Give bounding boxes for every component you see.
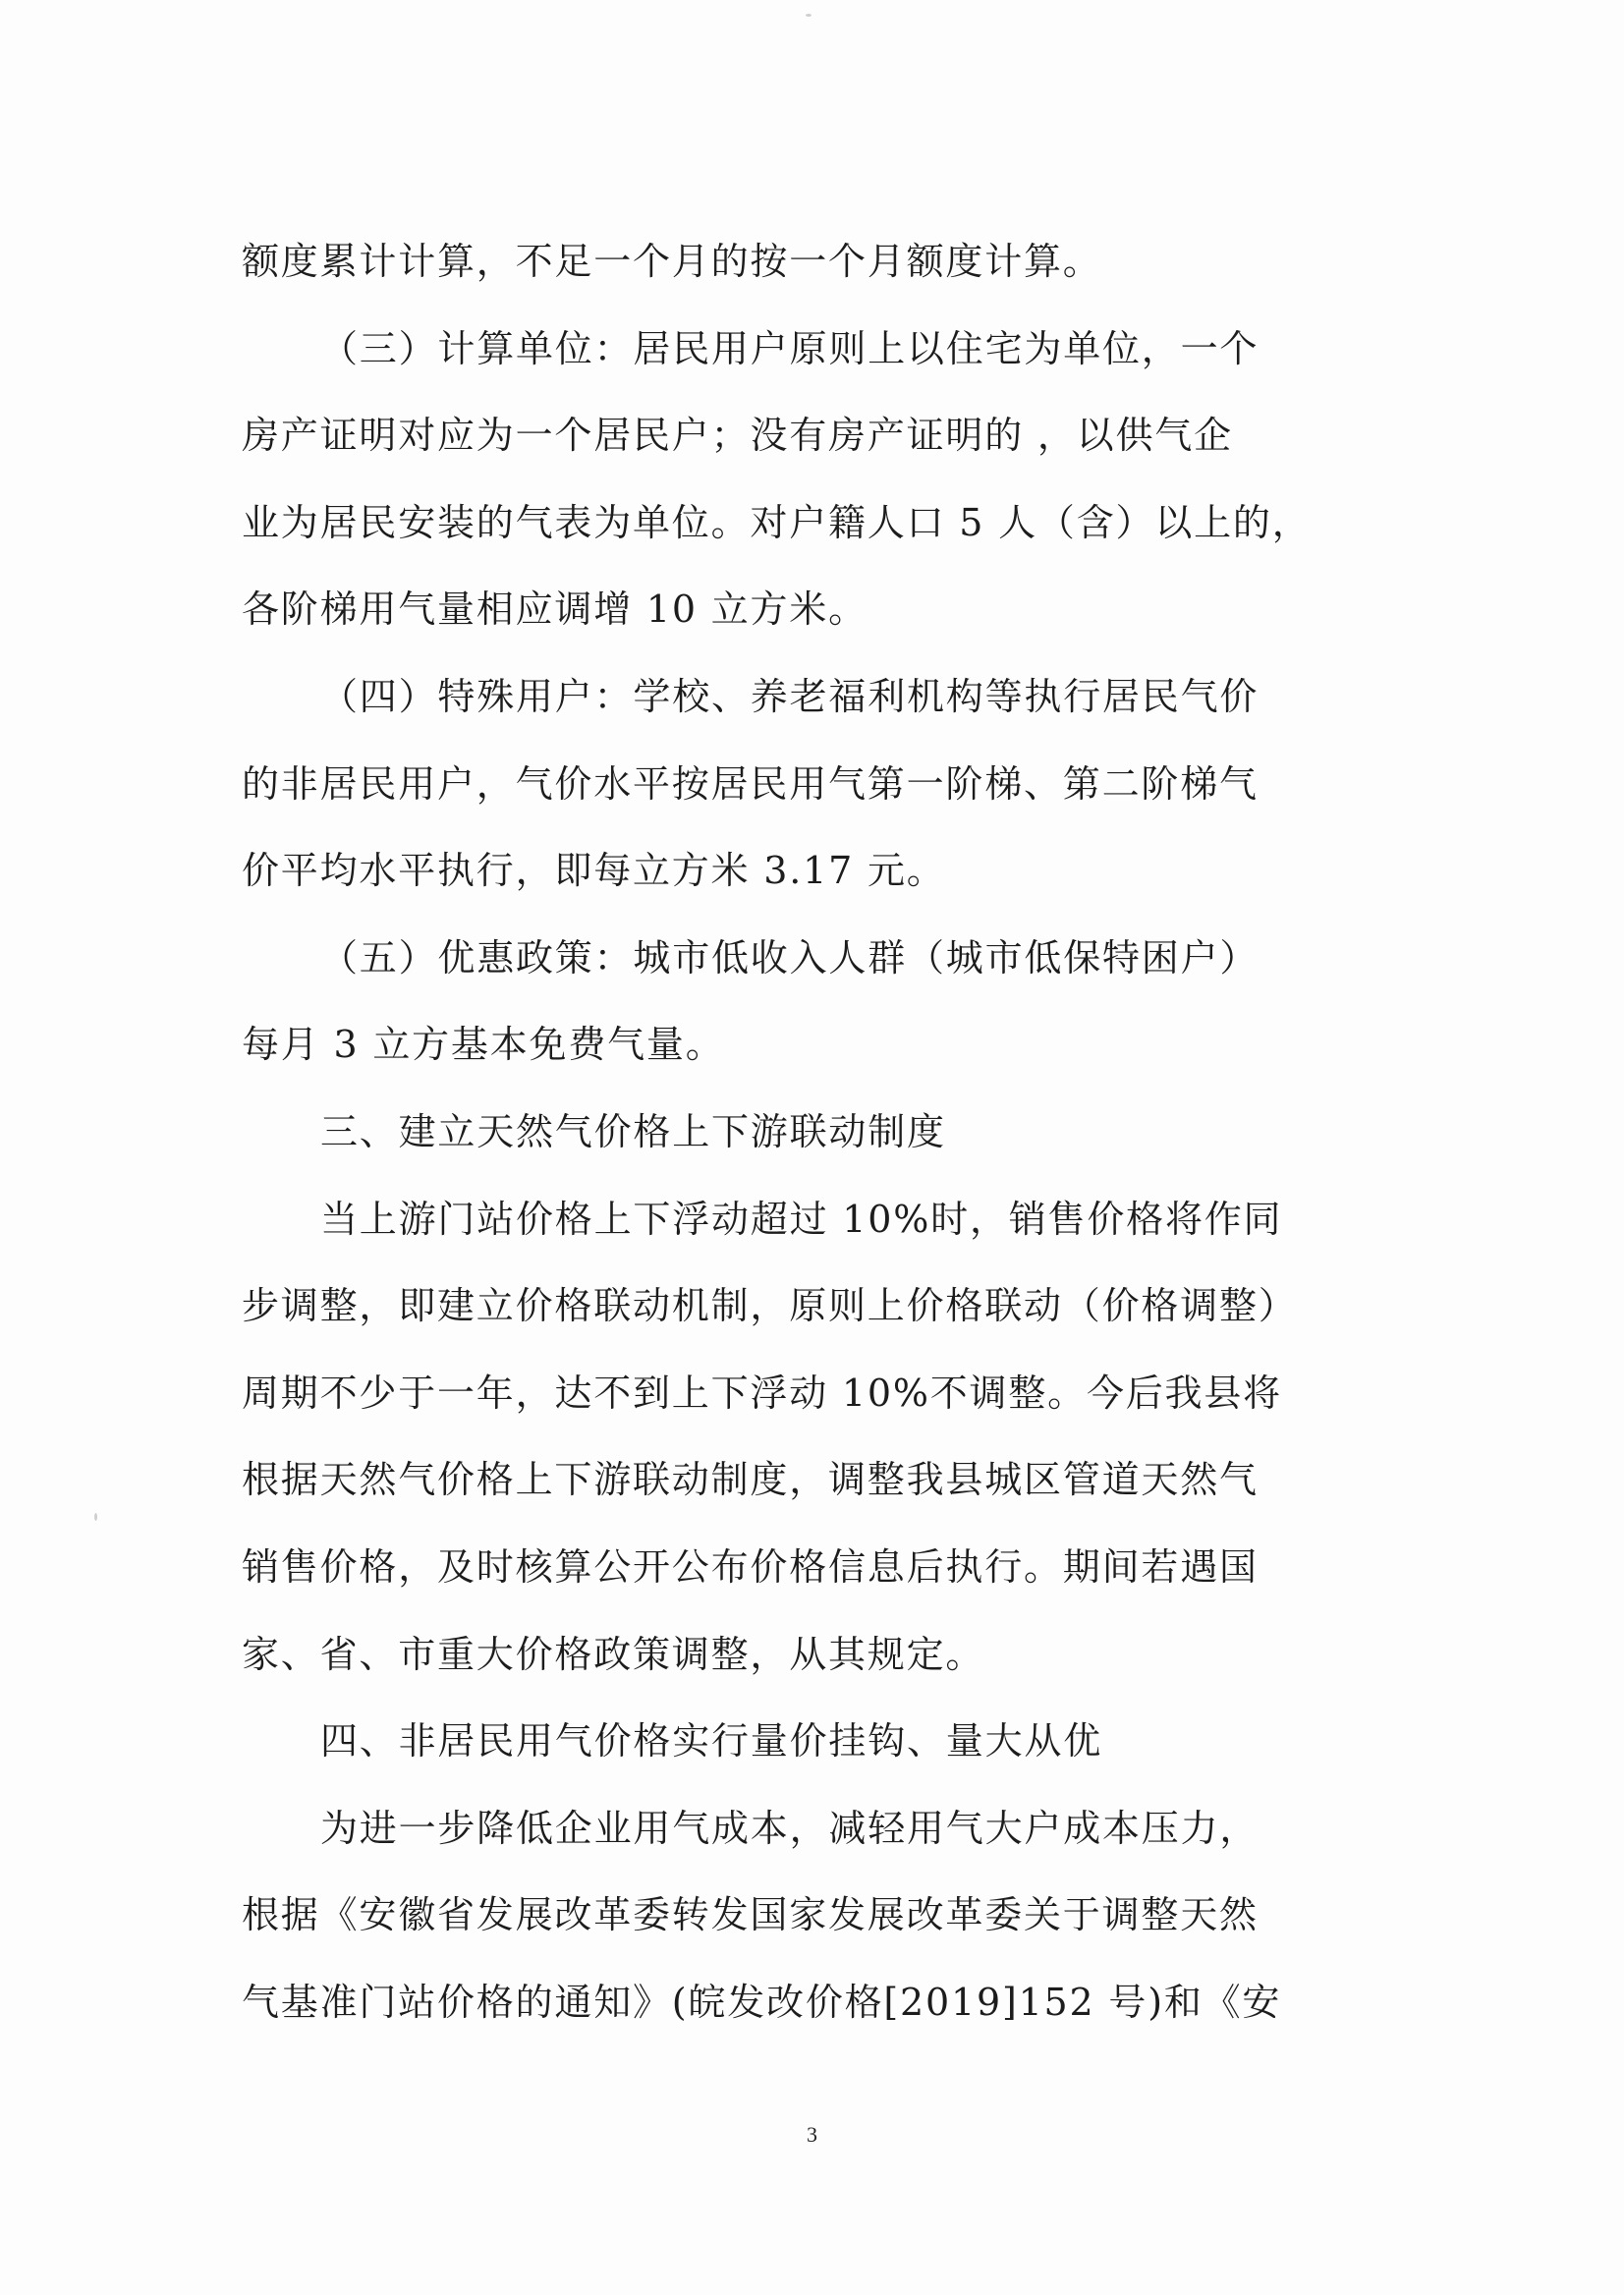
paragraph-line: 当上游门站价格上下浮动超过 10%时，销售价格将作同	[242, 1176, 1381, 1263]
paragraph-line: 房产证明对应为一个居民户；没有房产证明的 ，以供气企	[242, 392, 1381, 479]
scan-artifact	[94, 1513, 97, 1521]
paragraph-line: 家、省、市重大价格政策调整，从其规定。	[242, 1611, 1381, 1699]
section-5-preferential-policy: （五）优惠政策：城市低收入人群（城市低保特困户）	[242, 915, 1381, 1002]
paragraph-line: 每月 3 立方基本免费气量。	[242, 1001, 1381, 1089]
heading-non-resident-pricing: 四、非居民用气价格实行量价挂钩、量大从优	[242, 1698, 1381, 1785]
section-3-calculation-unit: （三）计算单位：居民用户原则上以住宅为单位，一个	[242, 306, 1381, 393]
document-body: 额度累计计算，不足一个月的按一个月额度计算。 （三）计算单位：居民用户原则上以住…	[242, 218, 1381, 2045]
paragraph-line: 业为居民安装的气表为单位。对户籍人口 5 人（含）以上的，	[242, 479, 1381, 567]
heading-price-linkage: 三、建立天然气价格上下游联动制度	[242, 1089, 1381, 1176]
paragraph-line: 步调整，即建立价格联动机制，原则上价格联动（价格调整）	[242, 1262, 1381, 1350]
scan-artifact	[806, 14, 812, 17]
section-4-special-users: （四）特殊用户：学校、养老福利机构等执行居民气价	[242, 653, 1381, 741]
paragraph-line: 根据《安徽省发展改革委转发国家发展改革委关于调整天然	[242, 1872, 1381, 1959]
paragraph-line: 根据天然气价格上下游联动制度，调整我县城区管道天然气	[242, 1436, 1381, 1524]
paragraph-line: 额度累计计算，不足一个月的按一个月额度计算。	[242, 218, 1381, 306]
paragraph-line: 的非居民用户，气价水平按居民用气第一阶梯、第二阶梯气	[242, 741, 1381, 828]
paragraph-line: 销售价格，及时核算公开公布价格信息后执行。期间若遇国	[242, 1524, 1381, 1611]
paragraph-line: 为进一步降低企业用气成本，减轻用气大户成本压力，	[242, 1785, 1381, 1873]
page-number: 3	[0, 2122, 1624, 2148]
document-page: 额度累计计算，不足一个月的按一个月额度计算。 （三）计算单位：居民用户原则上以住…	[0, 0, 1624, 2295]
paragraph-line: 各阶梯用气量相应调增 10 立方米。	[242, 566, 1381, 653]
paragraph-line: 气基准门站价格的通知》(皖发改价格[2019]152 号)和《安	[242, 1959, 1381, 2046]
paragraph-line: 价平均水平执行，即每立方米 3.17 元。	[242, 827, 1381, 915]
paragraph-line: 周期不少于一年，达不到上下浮动 10%不调整。今后我县将	[242, 1350, 1381, 1437]
